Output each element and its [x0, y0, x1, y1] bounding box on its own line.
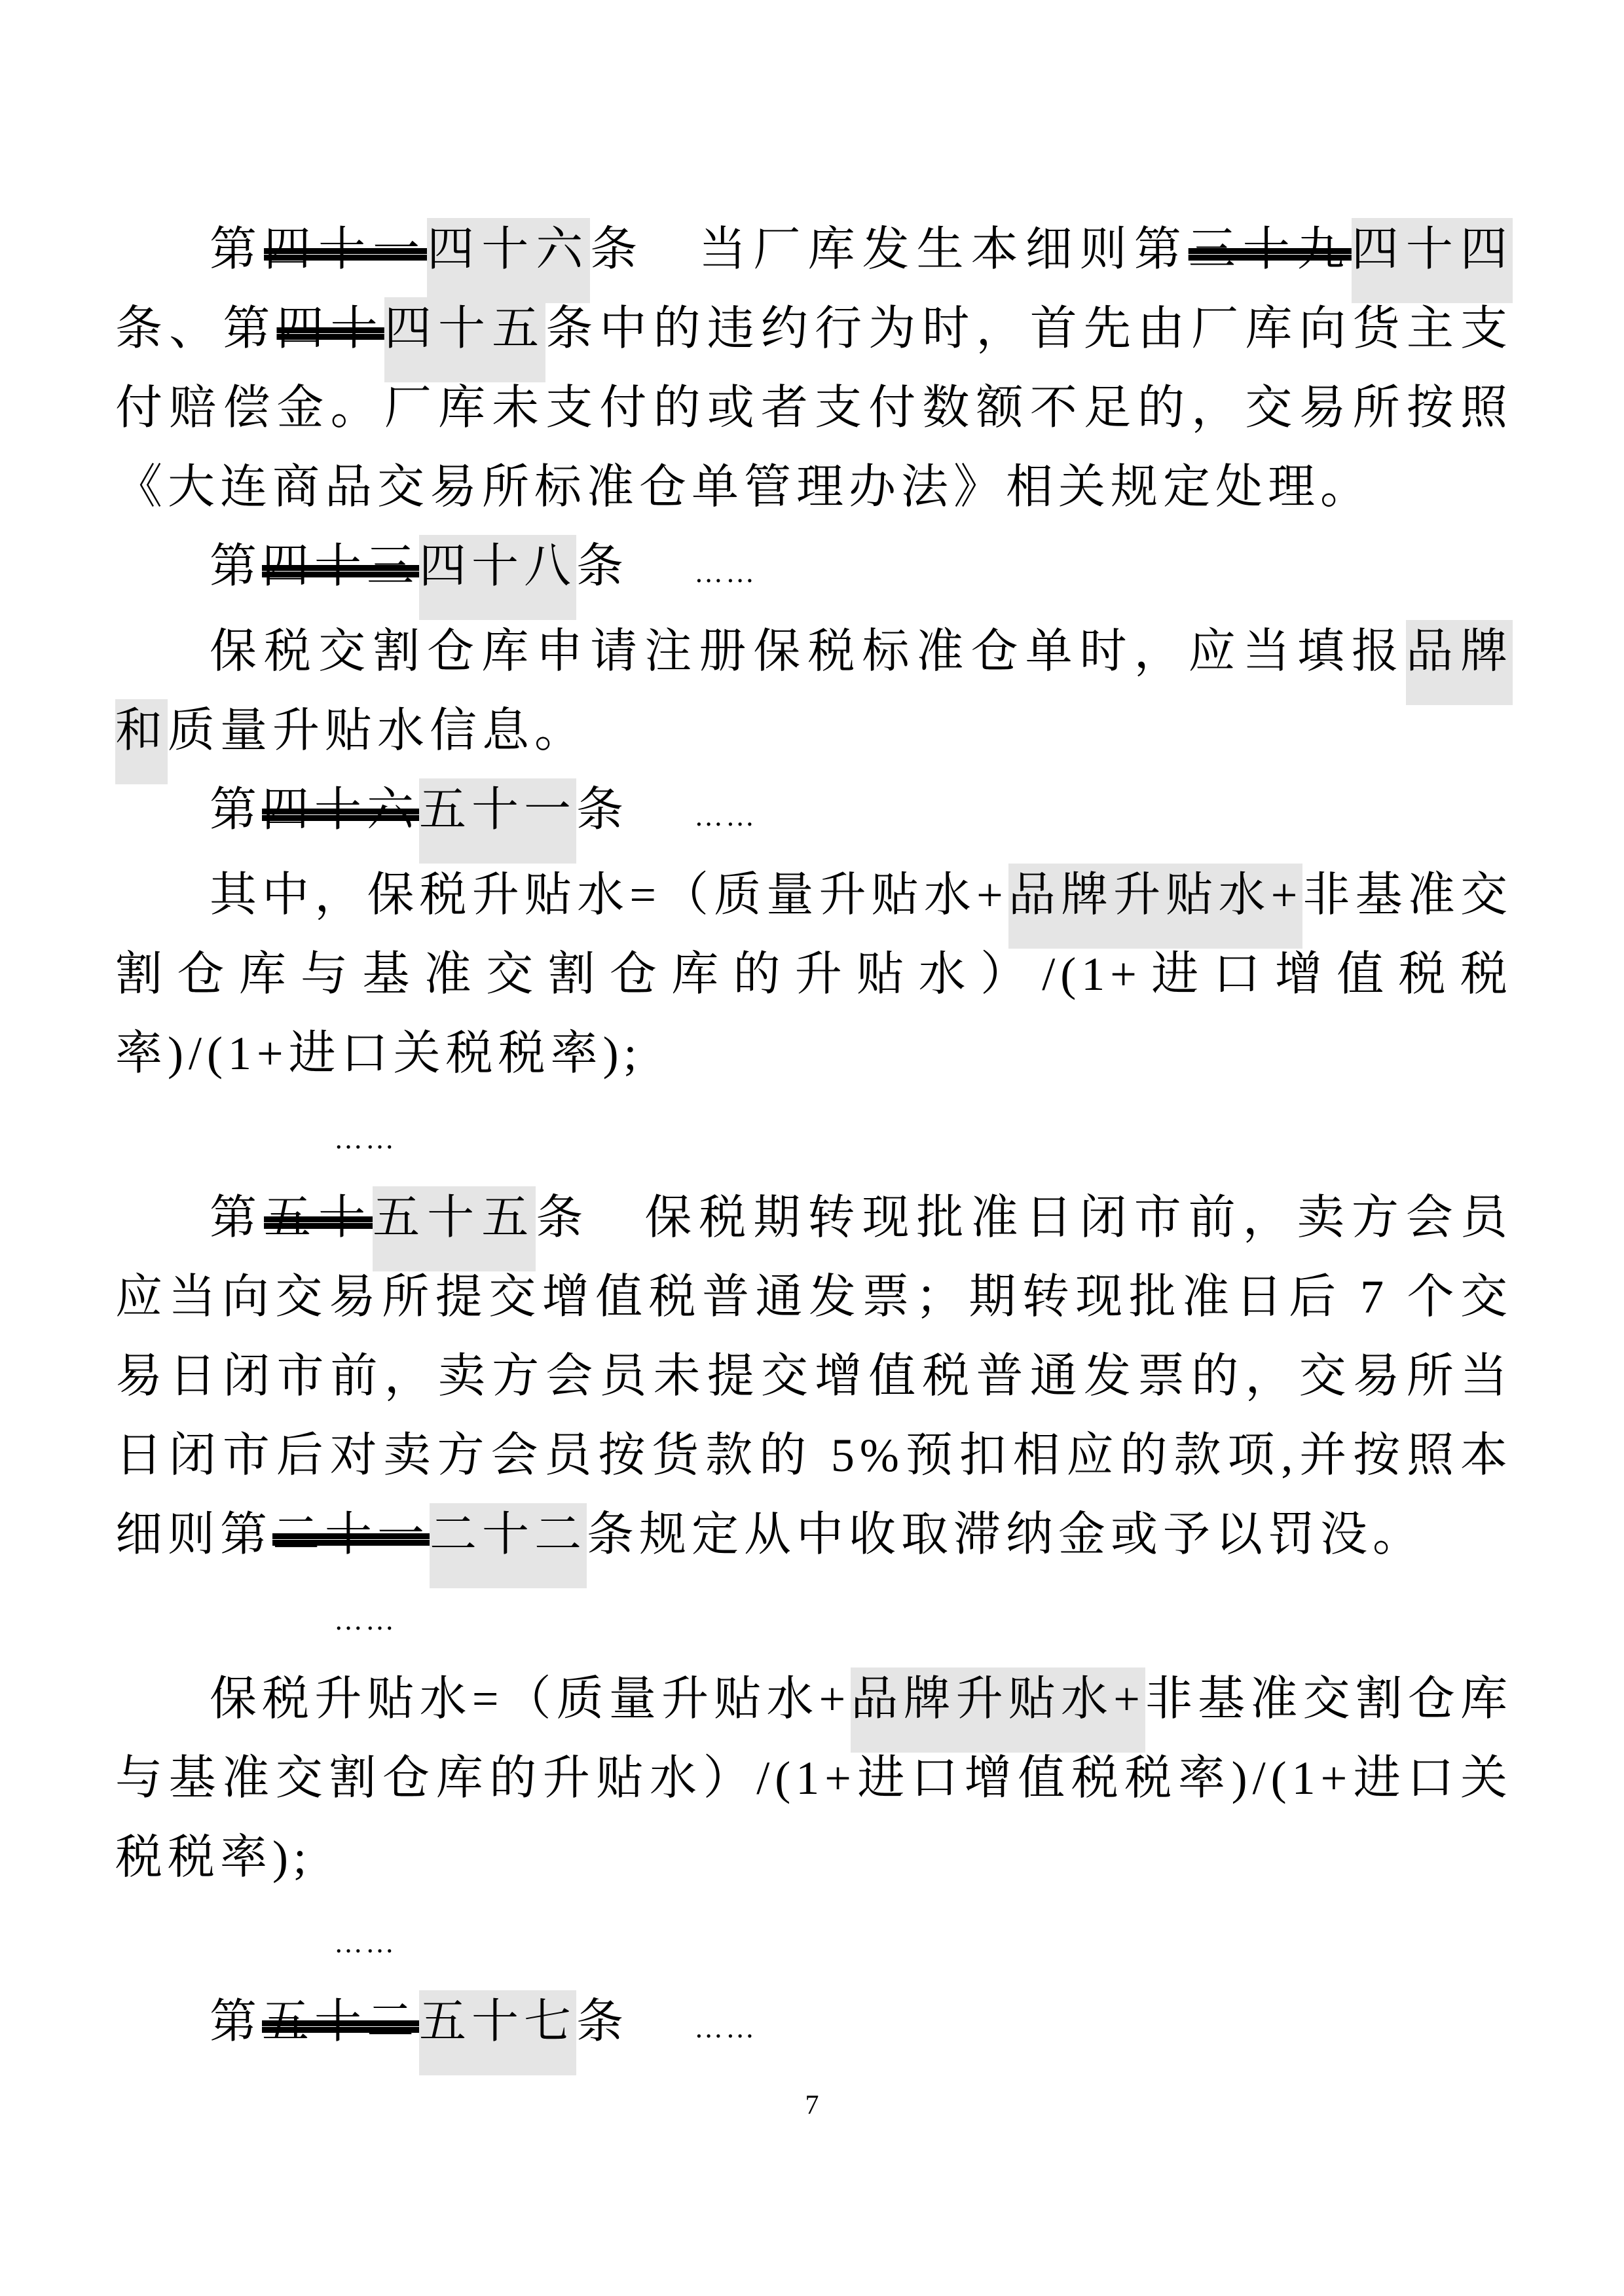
ellipsis-text: …… [694, 2012, 757, 2044]
paragraph: 第四十六五十一条 …… [115, 771, 1513, 856]
page-footer: 7 [0, 2087, 1624, 2124]
document-content: 第四十一四十六条 当厂库发生本细则第三十九四十四条、第四十四十五条中的违约行为时… [115, 210, 1513, 2068]
paragraph: 第五十五十五条 保税期转现批准日闭市前，卖方会员应当向交易所提交增值税普通发票；… [115, 1178, 1513, 1575]
inserted-text: 二十二 [430, 1503, 587, 1588]
inserted-text: 品牌升贴水+ [1008, 864, 1303, 949]
body-text: 保税交割仓库申请注册保税标准仓单时，应当填报 [210, 625, 1406, 678]
body-text: 条规定从中收取滞纳金或予以罚没。 [587, 1508, 1425, 1561]
body-text: 保税升贴水=（质量升贴水+ [210, 1673, 851, 1725]
body-text: 第 [210, 784, 262, 836]
inserted-text: 四十六 [427, 218, 590, 303]
paragraph: 第四十三四十八条 …… [115, 527, 1513, 612]
paragraph: 第五十二五十七条 …… [115, 1982, 1513, 2068]
paragraph: …… [115, 1575, 1513, 1660]
inserted-text: 五十一 [419, 778, 576, 864]
inserted-text: 四十四 [1352, 218, 1513, 303]
body-text: 质量升贴水信息。 [168, 704, 587, 757]
paragraph: 其中，保税升贴水=（质量升贴水+品牌升贴水+非基准交割仓库与基准交割仓库的升贴水… [115, 856, 1513, 1093]
inserted-text: 四十八 [419, 535, 576, 620]
body-text: 条 [576, 1995, 681, 2048]
ellipsis-text: …… [334, 1927, 397, 1959]
deleted-text: 二十一 [272, 1508, 430, 1561]
inserted-text: 五十五 [373, 1186, 536, 1271]
page-number: 7 [805, 2090, 819, 2121]
body-text: 条、第 [115, 302, 276, 355]
inserted-text: 品牌升贴水+ [851, 1667, 1145, 1753]
body-text: 第 [210, 223, 264, 276]
body-text: 条 保税期转现批准日闭市前，卖方会员应当向交易所提交增值税普通发票；期转现批准日… [115, 1192, 1513, 1561]
body-text: 第 [210, 540, 262, 592]
deleted-text: 四十三 [262, 540, 419, 592]
ellipsis-text: …… [334, 1604, 397, 1636]
inserted-text: 五十七 [419, 1990, 576, 2075]
body-text: 条 [576, 784, 681, 836]
paragraph: 保税交割仓库申请注册保税标准仓单时，应当填报品牌和质量升贴水信息。 [115, 612, 1513, 771]
deleted-text: 四十一 [264, 223, 427, 276]
deleted-text: 五十 [264, 1192, 373, 1244]
body-text: 第 [210, 1995, 262, 2048]
deleted-text: 五十二 [262, 1995, 419, 2048]
deleted-text: 四十 [276, 302, 384, 355]
ellipsis-text: …… [694, 556, 757, 589]
ellipsis-text: …… [694, 800, 757, 832]
body-text: 其中，保税升贴水=（质量升贴水+ [210, 869, 1008, 921]
paragraph: 保税升贴水=（质量升贴水+品牌升贴水+非基准交割仓库与基准交割仓库的升贴水）/(… [115, 1660, 1513, 1897]
body-text: 条 当厂库发生本细则第 [590, 223, 1188, 276]
body-text: 第 [210, 1192, 264, 1244]
inserted-text: 四十五 [384, 297, 545, 382]
deleted-text: 三十九 [1189, 223, 1352, 276]
paragraph: …… [115, 1897, 1513, 1982]
paragraph: 第四十一四十六条 当厂库发生本细则第三十九四十四条、第四十四十五条中的违约行为时… [115, 210, 1513, 527]
ellipsis-text: …… [334, 1123, 397, 1155]
body-text: 条 [576, 540, 681, 592]
paragraph: …… [115, 1093, 1513, 1178]
deleted-text: 四十六 [262, 784, 419, 836]
document-page: 第四十一四十六条 当厂库发生本细则第三十九四十四条、第四十四十五条中的违约行为时… [0, 0, 1624, 2296]
